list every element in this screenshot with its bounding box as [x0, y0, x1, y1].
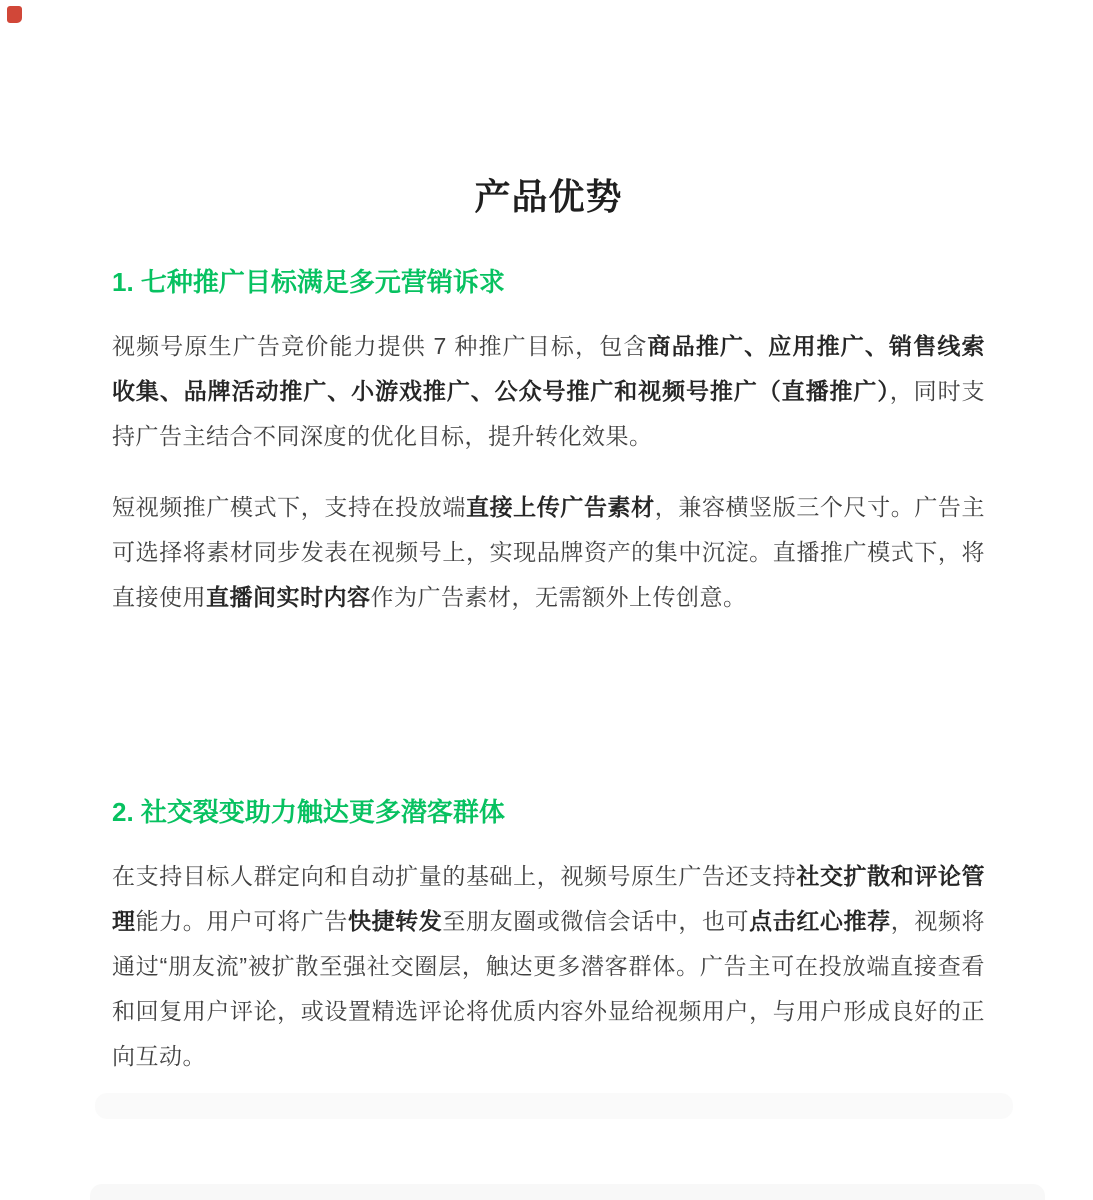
partial-image-bottom-edge: [90, 1184, 1045, 1200]
section-2-paragraph-1: 在支持目标人群定向和自动扩量的基础上，视频号原生广告还支持社交扩散和评论管理能力…: [112, 854, 985, 1079]
section-social-fission: 2. 社交裂变助力触达更多潜客群体 在支持目标人群定向和自动扩量的基础上，视频号…: [112, 796, 985, 1079]
section-2-heading: 2. 社交裂变助力触达更多潜客群体: [112, 796, 985, 828]
section-1-paragraph-2: 短视频推广模式下，支持在投放端直接上传广告素材，兼容横竖版三个尺寸。广告主可选择…: [112, 485, 985, 620]
document-content: 产品优势 1. 七种推广目标满足多元营销诉求 视频号原生广告竞价能力提供 7 种…: [0, 0, 1093, 1079]
section-1-paragraph-1: 视频号原生广告竞价能力提供 7 种推广目标，包含商品推广、应用推广、销售线索收集…: [112, 324, 985, 459]
section-promotion-goals: 1. 七种推广目标满足多元营销诉求 视频号原生广告竞价能力提供 7 种推广目标，…: [112, 266, 985, 620]
partial-image-top-edge: [95, 1093, 1013, 1119]
document-page: 产品优势 1. 七种推广目标满足多元营销诉求 视频号原生广告竞价能力提供 7 种…: [0, 0, 1093, 1200]
page-title: 产品优势: [112, 0, 985, 218]
section-1-heading: 1. 七种推广目标满足多元营销诉求: [112, 266, 985, 298]
corner-red-mark-icon: [7, 6, 22, 23]
